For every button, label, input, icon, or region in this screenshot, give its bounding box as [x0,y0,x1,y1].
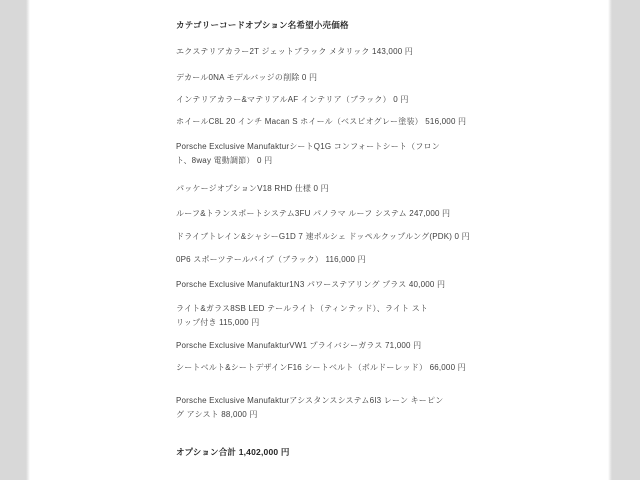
option-item-panorama-roof: ルーフ&トランスポートシステム3FU パノラマ ルーフ システム 247,000… [176,207,450,221]
option-item-led-taillights: ライト&ガラス8SB LED テールライト（ティンテッド）、ライト ストリップ付… [176,302,434,330]
options-total: オプション合計 1,402,000 円 [176,445,290,459]
option-item-exterior-color: エクステリアカラー2T ジェットブラック メタリック 143,000 円 [176,45,413,59]
option-item-lane-keeping: Porsche Exclusive Manufakturアシスタンスシステム6I… [176,394,450,422]
option-item-drivetrain-pdk: ドライブトレイン&シャシーG1D 7 速ポルシェ ドッペルクップルング(PDK)… [176,230,470,244]
option-item-privacy-glass: Porsche Exclusive ManufakturVW1 プライバシーガラ… [176,339,421,353]
option-item-package-rhd: パッケージオプションV18 RHD 仕様 0 円 [176,182,329,196]
options-price-document: カテゴリーコードオプション名希望小売価格 エクステリアカラー2T ジェットブラッ… [0,0,640,480]
option-item-seat-belts: シートベルト&シートデザインF16 シートベルト（ボルドーレッド） 66,000… [176,361,466,375]
option-item-decal: デカール0NA モデルバッジの削除 0 円 [176,71,317,85]
table-header: カテゴリーコードオプション名希望小売価格 [176,18,349,32]
option-item-wheels: ホイールC8L 20 インチ Macan S ホイール（ベスビオグレー塗装） 5… [176,115,466,129]
option-item-power-steering: Porsche Exclusive Manufaktur1N3 パワーステアリン… [176,278,445,292]
option-item-comfort-seats: Porsche Exclusive ManufakturシートQ1G コンフォー… [176,140,454,168]
option-item-sport-tailpipes: 0P6 スポーツテールパイプ（ブラック） 116,000 円 [176,253,366,267]
option-list: カテゴリーコードオプション名希望小売価格 エクステリアカラー2T ジェットブラッ… [0,0,640,480]
option-item-interior-color: インテリアカラー&マテリアルAF インテリア（ブラック） 0 円 [176,93,409,107]
